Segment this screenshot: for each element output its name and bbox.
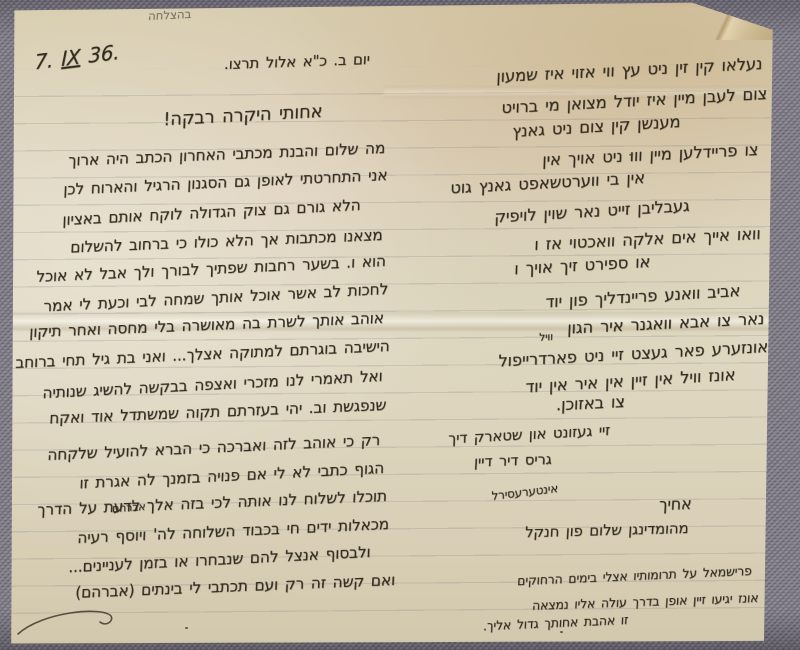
postscript-line: זו אהבת אחותך גדול אליך. — [483, 612, 629, 633]
date-day: 7. — [34, 48, 53, 75]
handwriting-line: מצאנו מכתבות אך הלא כולו כי ברחוב להשלום — [70, 226, 383, 257]
handwriting-line: מכאלות ידים חי בכבוד השלוחה לה' ויוסף רע… — [77, 515, 389, 547]
handwriting-line: אוהב אותך לשרת בה מאושרה בלי מחסה ואחר ת… — [29, 309, 384, 341]
handwriting-line: ולבסוף אנצל להם שנבחרו או בזמן לעניינים.… — [68, 543, 371, 576]
ink-dot — [560, 631, 563, 633]
postscript-line: אונז יגיעו זיין אופן בדרך עולה אליו נמצא… — [531, 590, 758, 613]
handwriting-line: או ספירט זיך אויך ו — [514, 252, 651, 278]
handwriting-line: רק כי אוהב לזה ואברכה כי הברא להועיל שלק… — [47, 431, 380, 464]
closing-line: זיי געזונט און שטארק דיך — [448, 421, 610, 448]
handwriting-line: אביב וואנע פריינדליך פון יוד — [545, 281, 740, 312]
handwriting-line: הוא ו. בשער רחבות שפתיך לבורך ולך אבל לא… — [36, 252, 386, 286]
ink-dot — [185, 627, 188, 629]
handwriting-line: נאר צו אבא וואגנר איר הגון — [567, 309, 765, 338]
handwriting-line: הגוף כתבי לא לי אם פנויה בזמנך לה אגרת ז… — [79, 459, 384, 492]
handwriting-line: אין בי ווערטשאפט גאנץ גוט — [450, 168, 645, 198]
date-year: 36. — [88, 40, 119, 68]
closing-line: גריס דיר דיין — [474, 450, 553, 471]
handwriting-line: הישיבה בוגרתם למתוקה אצלך... ואני בת גיל… — [15, 337, 390, 372]
handwriting-line: אני התחרטתי לאופן גם הסגנון הרגיל והארוח… — [63, 166, 388, 199]
interline-word-right: וויל — [539, 330, 553, 344]
ink-flourish — [14, 600, 124, 644]
date-month: IX — [61, 45, 80, 72]
closing-line: אינטערעסירל — [491, 481, 558, 503]
signature-line: מהומדינגן שלום פון חנקל — [524, 519, 689, 541]
date: 7. IX 36. — [34, 40, 119, 75]
greeting-line: אחותי היקרה רבקה! — [162, 101, 322, 130]
hebrew-date: יום ב. כ"א אלול תרצו. — [224, 50, 371, 73]
handwriting-line: ואל תאמרי לנו מזכרי ואצפה בבקשה להשיג שנ… — [42, 367, 383, 402]
pencil-annotation: בהצלחה — [148, 7, 192, 23]
handwriting-line: מה שלום והבנת מכתבי האחרון הכתב היה ארוך — [68, 139, 386, 170]
handwriting-line: הלא גורם גם צוק הגדולה לוקח אותם באציון — [62, 196, 361, 229]
handwriting-layer: בהצלחה 7. IX 36. יום ב. כ"א אלול תרצו. א… — [0, 0, 800, 650]
handwriting-line: צום לעבן מיין איז יודל מצואן מי ברויט — [501, 84, 767, 117]
handwriting-line: ואם קשה זה רק ועם תכתבי לי בינתים (אברהם… — [75, 571, 396, 602]
handwriting-line: שנפגשת וב. יהי בעזרתם תקוה שמשתדל אוד וא… — [49, 396, 387, 428]
postscript-line: פרישמאל על תרומותיו אצלי בימים הרחוקים — [517, 563, 752, 588]
handwriting-line: וואו אייך אים אלקה וואכטוי אז ו — [533, 224, 760, 254]
photographed-letter: { "colors": { "paper": "#ded5bd", "paper… — [0, 0, 800, 650]
handwriting-line: צו באזוכן. — [556, 392, 625, 414]
handwriting-line: געבליבן זייט נאר שוין לויפיק — [495, 196, 691, 227]
handwriting-line: צו פריידלען מיין וווּ ניט אויך אין — [542, 140, 759, 170]
handwriting-line: אונז וויל אין זיין אין איר אין יוד — [525, 365, 735, 397]
signature: אחיך — [659, 494, 693, 514]
handwriting-line: מענשן קין צום ניט גאנץ — [512, 112, 681, 141]
handwriting-line: נעלאו קין זין ניט עץ ווי אזוי איז שמעון — [496, 54, 763, 86]
